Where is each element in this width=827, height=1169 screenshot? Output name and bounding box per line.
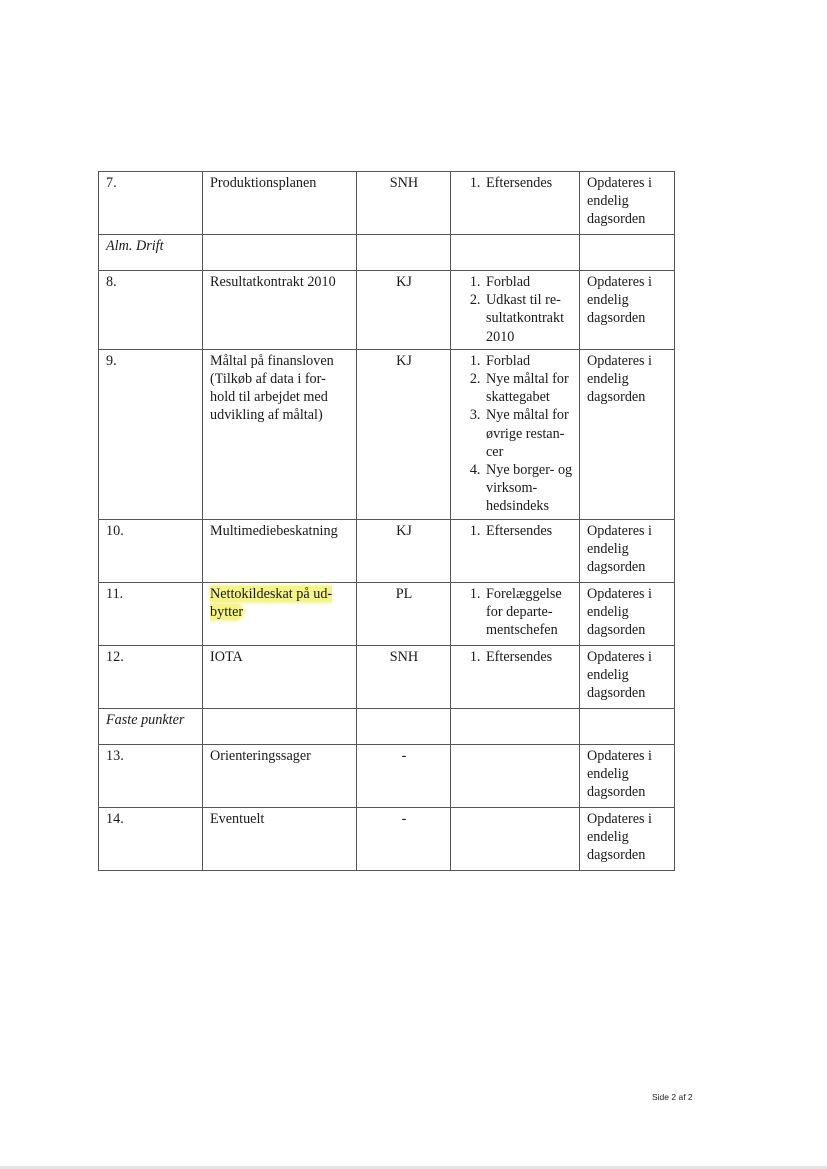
item-status: Opdateres i endelig dagsorden	[580, 645, 675, 708]
document-item: Forblad	[484, 352, 573, 370]
item-title: Nettokildeskat på ud-bytter	[203, 582, 357, 645]
document-list: Forelæggelse for departe-mentschefen	[458, 585, 573, 640]
item-status: Opdateres i endelig dagsorden	[580, 349, 675, 519]
section-label: Alm. Drift	[99, 235, 203, 271]
item-number: 14.	[99, 807, 203, 870]
item-title: Orienteringssager	[203, 744, 357, 807]
item-title: IOTA	[203, 645, 357, 708]
item-number: 9.	[99, 349, 203, 519]
highlighted-title: Nettokildeskat på ud-bytter	[210, 586, 332, 620]
agenda-item-row: 13.Orienteringssager-Opdateres i endelig…	[99, 744, 675, 807]
agenda-item-row: 10.MultimediebeskatningKJEftersendesOpda…	[99, 519, 675, 582]
document-list: Eftersendes	[458, 522, 573, 540]
empty-cell	[451, 235, 580, 271]
item-responsible: SNH	[357, 172, 451, 235]
document-item: Eftersendes	[484, 174, 573, 192]
item-documents: ForbladNye måltal for skattegabetNye mål…	[451, 349, 580, 519]
agenda-item-row: 14.Eventuelt-Opdateres i endelig dagsord…	[99, 807, 675, 870]
empty-cell	[357, 708, 451, 744]
section-label: Faste punkter	[99, 708, 203, 744]
section-row: Faste punkter	[99, 708, 675, 744]
document-list: Eftersendes	[458, 174, 573, 192]
title-text: Orienteringssager	[210, 748, 311, 764]
item-documents: Eftersendes	[451, 172, 580, 235]
item-responsible: -	[357, 807, 451, 870]
item-documents: Eftersendes	[451, 519, 580, 582]
title-text: IOTA	[210, 649, 243, 665]
item-responsible: KJ	[357, 349, 451, 519]
item-documents	[451, 744, 580, 807]
item-title: Multimediebeskatning	[203, 519, 357, 582]
item-responsible: -	[357, 744, 451, 807]
agenda-item-row: 9.Måltal på finansloven (Tilkøb af data …	[99, 349, 675, 519]
title-text: Eventuelt	[210, 811, 264, 827]
item-responsible: KJ	[357, 271, 451, 350]
agenda-item-row: 11.Nettokildeskat på ud-bytterPLForelægg…	[99, 582, 675, 645]
item-status: Opdateres i endelig dagsorden	[580, 744, 675, 807]
document-item: Eftersendes	[484, 648, 573, 666]
agenda-item-row: 8.Resultatkontrakt 2010KJForbladUdkast t…	[99, 271, 675, 350]
empty-cell	[357, 235, 451, 271]
document-list: ForbladNye måltal for skattegabetNye mål…	[458, 352, 573, 516]
item-documents: ForbladUdkast til re-sultatkontrakt 2010	[451, 271, 580, 350]
item-documents: Forelæggelse for departe-mentschefen	[451, 582, 580, 645]
item-number: 7.	[99, 172, 203, 235]
title-text: Måltal på finansloven (Tilkøb af data i …	[210, 353, 334, 424]
page-number: Side 2 af 2	[652, 1092, 693, 1102]
item-title: Produktionsplanen	[203, 172, 357, 235]
title-text: Produktionsplanen	[210, 175, 316, 191]
item-responsible: PL	[357, 582, 451, 645]
agenda-table-body: 7.ProduktionsplanenSNHEftersendesOpdater…	[99, 172, 675, 871]
agenda-item-row: 7.ProduktionsplanenSNHEftersendesOpdater…	[99, 172, 675, 235]
title-text: Resultatkontrakt 2010	[210, 274, 336, 290]
item-title: Resultatkontrakt 2010	[203, 271, 357, 350]
item-number: 12.	[99, 645, 203, 708]
title-text: Multimediebeskatning	[210, 523, 338, 539]
item-responsible: KJ	[357, 519, 451, 582]
item-number: 10.	[99, 519, 203, 582]
document-item: Forelæggelse for departe-mentschefen	[484, 585, 573, 640]
item-status: Opdateres i endelig dagsorden	[580, 519, 675, 582]
document-item: Forblad	[484, 273, 573, 291]
item-status: Opdateres i endelig dagsorden	[580, 172, 675, 235]
agenda-item-row: 12.IOTASNHEftersendesOpdateres i endelig…	[99, 645, 675, 708]
section-row: Alm. Drift	[99, 235, 675, 271]
document-list: Eftersendes	[458, 648, 573, 666]
document-item: Nye måltal for øvrige restan-cer	[484, 406, 573, 461]
item-title: Eventuelt	[203, 807, 357, 870]
empty-cell	[580, 708, 675, 744]
document-item: Nye måltal for skattegabet	[484, 370, 573, 406]
item-responsible: SNH	[357, 645, 451, 708]
item-documents	[451, 807, 580, 870]
agenda-table: 7.ProduktionsplanenSNHEftersendesOpdater…	[98, 171, 675, 871]
item-documents: Eftersendes	[451, 645, 580, 708]
item-title: Måltal på finansloven (Tilkøb af data i …	[203, 349, 357, 519]
document-list: ForbladUdkast til re-sultatkontrakt 2010	[458, 273, 573, 346]
item-number: 11.	[99, 582, 203, 645]
empty-cell	[580, 235, 675, 271]
document-item: Eftersendes	[484, 522, 573, 540]
empty-cell	[203, 235, 357, 271]
empty-cell	[451, 708, 580, 744]
item-status: Opdateres i endelig dagsorden	[580, 807, 675, 870]
item-number: 8.	[99, 271, 203, 350]
document-item: Udkast til re-sultatkontrakt 2010	[484, 291, 573, 346]
item-status: Opdateres i endelig dagsorden	[580, 271, 675, 350]
item-number: 13.	[99, 744, 203, 807]
empty-cell	[203, 708, 357, 744]
document-item: Nye borger- og virksom-hedsindeks	[484, 461, 573, 516]
item-status: Opdateres i endelig dagsorden	[580, 582, 675, 645]
